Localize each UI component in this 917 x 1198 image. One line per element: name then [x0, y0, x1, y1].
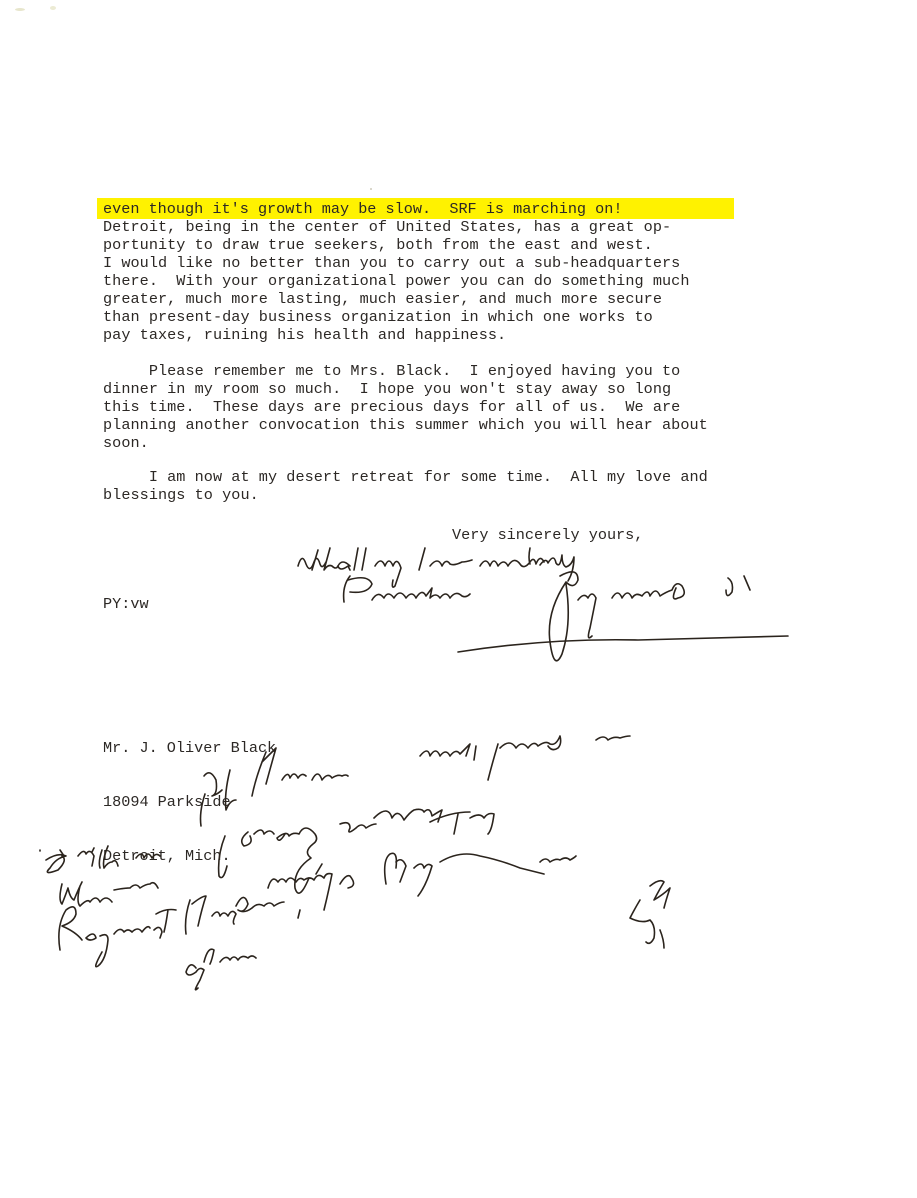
signature-text: Paramahansa Yogananda	[0, 0, 1, 1]
paragraph-line: I would like no better than you to carry…	[103, 254, 680, 272]
paragraph-line: this time. These days are precious days …	[103, 398, 680, 416]
paragraph-line: I am now at my desert retreat for some t…	[103, 468, 708, 486]
paragraph-line: planning another convocation this summer…	[103, 416, 708, 434]
paper-speck	[50, 6, 56, 10]
handwritten-closing	[298, 548, 574, 587]
paragraph-line: soon.	[103, 434, 149, 452]
postscript-text: P.S. You have much pleased me & with me …	[0, 0, 1, 1]
handwritten-closing-text: with all my love unendingly	[0, 0, 1, 1]
paragraph-line: dinner in my room so much. I hope you wo…	[103, 380, 671, 398]
postscript-line: P.S. You have much pleased me	[0, 0, 1, 1]
paragraph-line: pay taxes, ruining his health and happin…	[103, 326, 506, 344]
paragraph-line: Please remember me to Mrs. Black. I enjo…	[103, 362, 680, 380]
paper-speck	[370, 188, 372, 190]
paragraph-line: greater, much more lasting, much easier,…	[103, 290, 662, 308]
closing-line: Very sincerely yours,	[452, 526, 643, 544]
address-line: Mr. J. Oliver Black	[103, 739, 276, 757]
paragraph-line: portunity to draw true seekers, both fro…	[103, 236, 653, 254]
highlighted-sentence: even though it's growth may be slow. SRF…	[103, 200, 623, 218]
address-line: Detroit, Mich.	[103, 847, 276, 865]
reference-initials: PY:vw	[103, 595, 149, 613]
address-line: 18094 Parkside	[103, 793, 276, 811]
paragraph-line: there. With your organizational power yo…	[103, 272, 690, 290]
recipient-address: Mr. J. Oliver Black 18094 Parkside Detro…	[103, 703, 276, 883]
paragraph-line: blessings to you.	[103, 486, 259, 504]
signature	[344, 572, 788, 661]
paragraph-line: Detroit, being in the center of United S…	[103, 218, 671, 236]
paper-speck	[15, 8, 25, 11]
paragraph-line: than present-day business organization i…	[103, 308, 653, 326]
